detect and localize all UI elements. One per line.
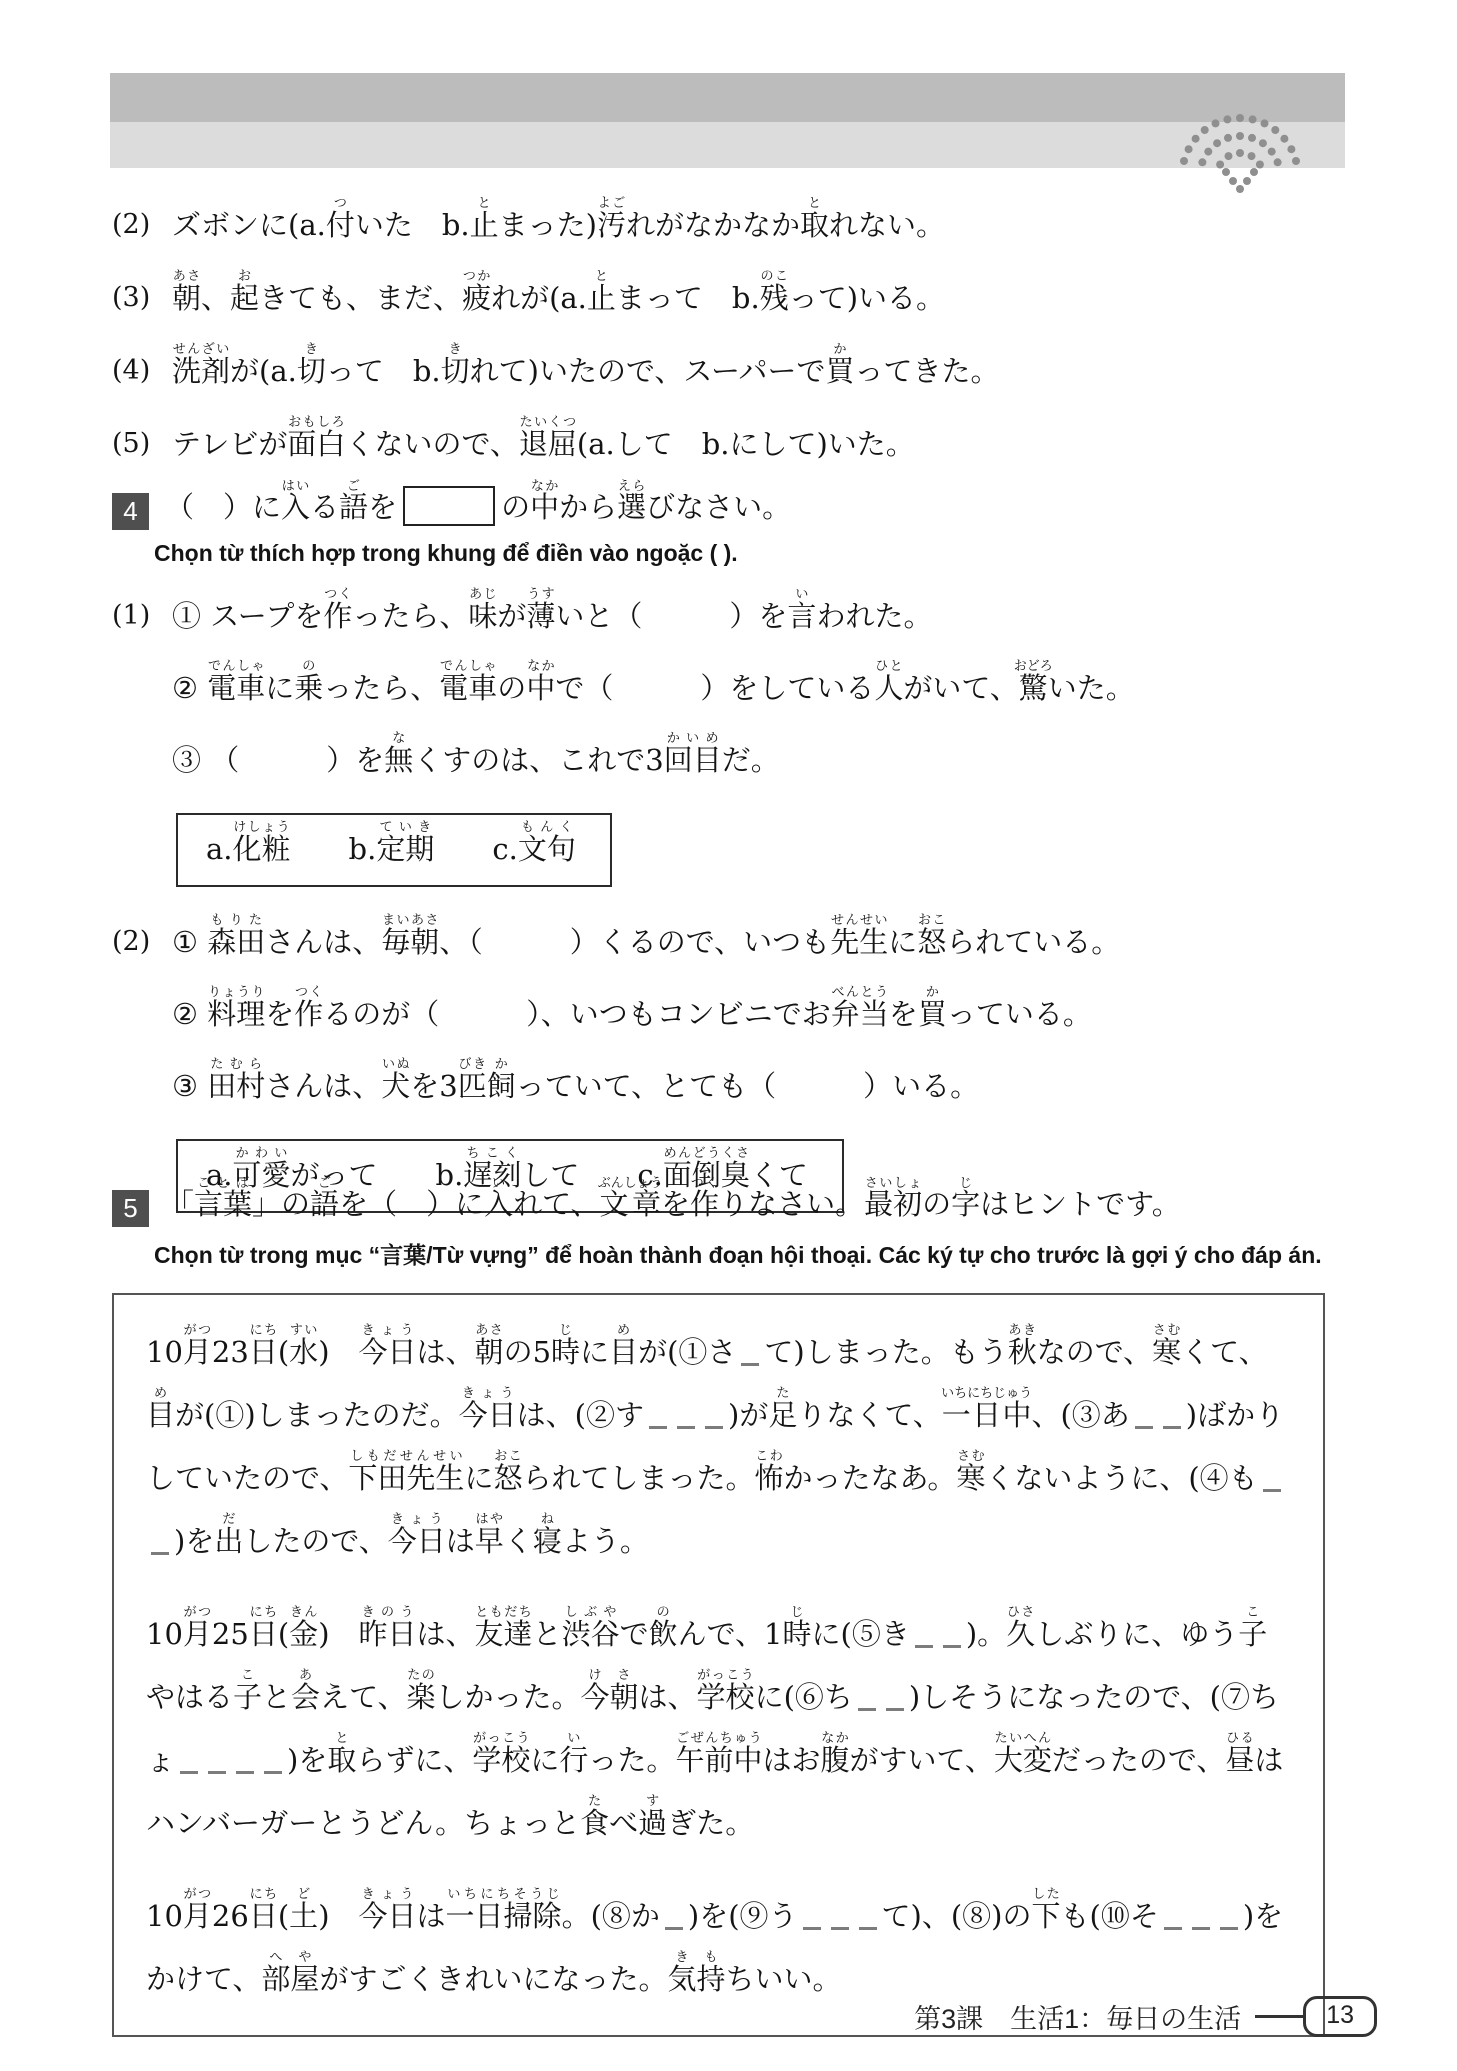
question-line: ② 料理りょうりを作つくるのが（ ）、いつもコンビニでお弁当べんとうを買かってい… <box>172 985 1362 1043</box>
exercise-item: (4) 洗剤せんざいが(a.切きって b.切きれて)いたので、スーパーで買かって… <box>112 342 1352 400</box>
header-band <box>110 73 1345 168</box>
word-choice-box: a.化粧けしょう b.定期ていき c.文句もんく <box>176 813 612 887</box>
diary-entry: 10月がつ26日にち(土ど) 今日きょうは一日掃除いちにちそうじ。(⑧か)を(⑨… <box>146 1885 1295 2011</box>
item-text: 朝あさ、起おきても、まだ、疲つかれが(a.止とまって b.残のこって)いる。 <box>172 269 1352 327</box>
answer-blank <box>1263 1489 1281 1492</box>
footer-divider-line <box>1255 2015 1303 2018</box>
section-4-header: 4 （ ）に入はいる語ごをの中なかから選えらびなさい。 <box>112 478 1362 534</box>
section-title: （ ）に入はいる語ごをの中なかから選えらびなさい。 <box>165 478 791 534</box>
answer-blank <box>236 1771 254 1774</box>
header-band-light <box>110 122 1345 168</box>
page-footer: 第3課 生活1：毎日の生活 13 <box>914 1996 1377 2037</box>
header-band-dark <box>110 73 1345 122</box>
exercise-item: (3) 朝あさ、起おきても、まだ、疲つかれが(a.止とまって b.残のこって)い… <box>112 269 1352 327</box>
answer-blank <box>858 1708 876 1711</box>
section-4: 4 （ ）に入はいる語ごをの中なかから選えらびなさい。 Chọn từ thíc… <box>112 478 1362 1239</box>
answer-blank <box>741 1363 759 1366</box>
question-line: ③ 田村たむらさんは、犬いぬを3匹びき飼かっていて、とても（ ）いる。 <box>172 1057 1362 1115</box>
question-line: ③ （ ）を無なくすのは、これで3回目かいめだ。 <box>172 731 1362 789</box>
answer-blank <box>943 1645 961 1648</box>
answer-blank <box>1164 1927 1182 1930</box>
question-group-1: (1) ① スープを作つくったら、味あじが薄うすいと（ ）を言いわれた。 ② 電… <box>112 587 1362 913</box>
chapter-title: 第3課 生活1：毎日の生活 <box>914 1997 1241 2036</box>
section-5-header: 5 「言葉ことば」の語ごを（ ）に入いれて、文章ぶんしょうを作つくりなさい。最初… <box>112 1175 1362 1231</box>
item-number: (5) <box>112 415 172 473</box>
exercise-item: (5) テレビが面白おもしろくないので、退屈たいくつ(a.して b.にして)いた… <box>112 415 1352 473</box>
textbook-page: (2) ズボンに(a.付ついた b.止とまった)汚よごれがなかなか取とれない。 … <box>0 0 1457 2071</box>
question-line: ② 電車でんしゃに乗のったら、電車でんしゃの中なかで（ ）をしている人ひとがいて… <box>172 659 1362 717</box>
exercise-item: (2) ズボンに(a.付ついた b.止とまった)汚よごれがなかなか取とれない。 <box>112 196 1352 254</box>
item-number: (3) <box>112 269 172 327</box>
answer-blank <box>915 1645 933 1648</box>
group-items: ① スープを作つくったら、味あじが薄うすいと（ ）を言いわれた。 ② 電車でんし… <box>172 587 1362 913</box>
item-text: ズボンに(a.付ついた b.止とまった)汚よごれがなかなか取とれない。 <box>172 196 1352 254</box>
answer-blank <box>803 1927 821 1930</box>
answer-blank <box>151 1552 169 1555</box>
section-subtitle-vietnamese: Chọn từ trong mục “言葉/Từ vựng” để hoàn t… <box>154 1237 1362 1270</box>
section-number-badge: 5 <box>112 1190 149 1227</box>
answer-blank <box>859 1927 877 1930</box>
diary-entry: 10月がつ23日にち(水すい) 今日きょうは、朝あさの5時じに目めが(①さて)し… <box>146 1321 1295 1573</box>
exercise-3-items: (2) ズボンに(a.付ついた b.止とまった)汚よごれがなかなか取とれない。 … <box>112 196 1352 488</box>
group-number: (1) <box>112 587 172 913</box>
answer-blank <box>264 1771 282 1774</box>
answer-blank <box>180 1771 198 1774</box>
answer-blank <box>1135 1426 1153 1429</box>
item-text: 洗剤せんざいが(a.切きって b.切きれて)いたので、スーパーで買かってきた。 <box>172 342 1352 400</box>
answer-blank <box>677 1426 695 1429</box>
question-line: ① スープを作つくったら、味あじが薄うすいと（ ）を言いわれた。 <box>172 587 1362 645</box>
answer-blank <box>886 1708 904 1711</box>
answer-blank <box>1192 1927 1210 1930</box>
answer-blank <box>649 1426 667 1429</box>
answer-blank <box>1220 1927 1238 1930</box>
word-box-placeholder <box>403 486 495 526</box>
answer-blank <box>208 1771 226 1774</box>
section-5: 5 「言葉ことば」の語ごを（ ）に入いれて、文章ぶんしょうを作つくりなさい。最初… <box>112 1175 1362 1290</box>
diary-entry: 10月がつ25日にち(金きん) 昨日きのうは、友達ともだちと渋谷しぶやで飲のんで… <box>146 1603 1295 1855</box>
section-number-badge: 4 <box>112 493 149 530</box>
answer-blank <box>665 1927 683 1930</box>
page-number: 13 <box>1303 1996 1377 2037</box>
diary-box: 10月がつ23日にち(水すい) 今日きょうは、朝あさの5時じに目めが(①さて)し… <box>112 1293 1325 2037</box>
shell-dots-icon <box>1165 81 1315 193</box>
item-number: (2) <box>112 196 172 254</box>
section-title: 「言葉ことば」の語ごを（ ）に入いれて、文章ぶんしょうを作つくりなさい。最初さい… <box>165 1175 1181 1231</box>
section-subtitle-vietnamese: Chọn từ thích hợp trong khung để điền và… <box>154 540 1362 567</box>
item-text: テレビが面白おもしろくないので、退屈たいくつ(a.して b.にして)いた。 <box>172 415 1352 473</box>
answer-blank <box>1163 1426 1181 1429</box>
item-number: (4) <box>112 342 172 400</box>
answer-blank <box>831 1927 849 1930</box>
answer-blank <box>705 1426 723 1429</box>
question-line: ① 森田もりたさんは、毎朝まいあさ、（ ）くるので、いつも先生せんせいに怒おこら… <box>172 913 1362 971</box>
